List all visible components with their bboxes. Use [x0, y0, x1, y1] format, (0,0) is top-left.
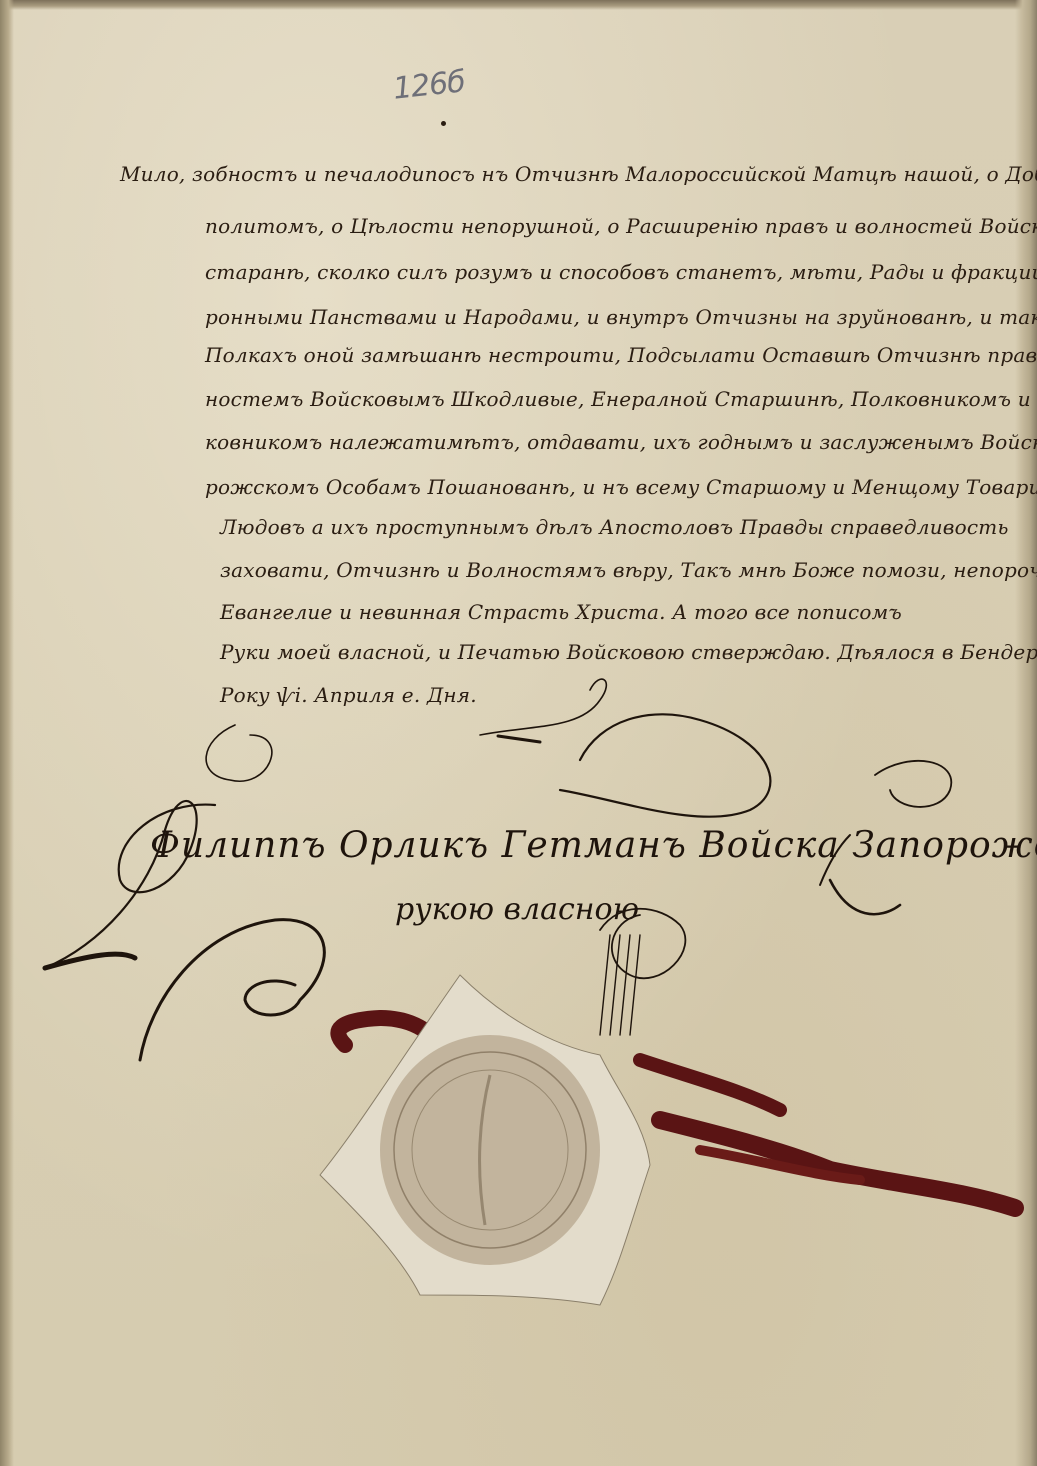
manuscript-page: 126б Мило, зобностъ и печалодипосъ нъ От… [0, 0, 1037, 1466]
paper-covered-seal: paper-covered wax seal [300, 965, 730, 1325]
